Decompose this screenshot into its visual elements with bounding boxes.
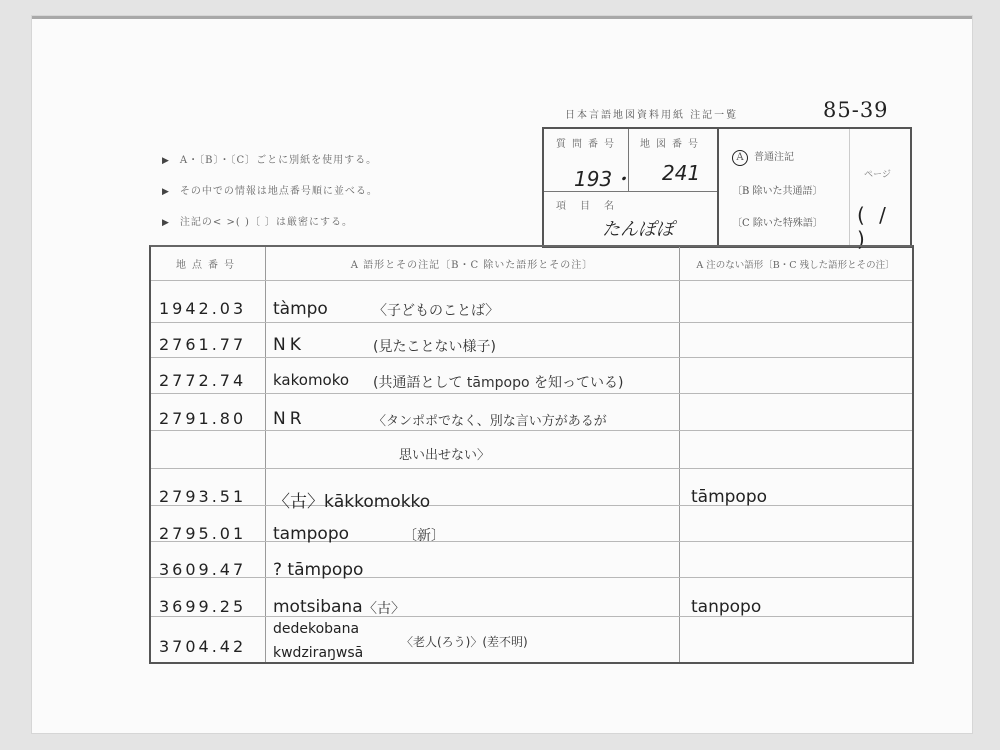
plain-form: tāmpopo (691, 487, 767, 507)
point-number: 3699.25 (159, 597, 246, 616)
instruction-2: ▶その中での情報は地点番号順に並べる。 (162, 182, 378, 197)
header-box: 質問番号 193・ 地図番号 241 項目名 たんぽぽ A普通注記 〔B 除いた… (542, 127, 912, 248)
word-form: 〈古〉kākkomokko (273, 487, 430, 512)
question-number-label: 質問番号 (556, 135, 620, 150)
item-name-value: たんぽぽ (602, 215, 674, 241)
instruction-3: ▶注記の< >( )〔 〕は厳密にする。 (162, 213, 353, 228)
annotation: 〔新〕 (403, 525, 445, 545)
point-number: 2772.74 (159, 371, 246, 390)
triangle-marker-icon: ▶ (162, 187, 170, 197)
point-number: 2793.51 (159, 487, 246, 506)
point-number: 2795.01 (159, 524, 246, 543)
word-form: motsibana (273, 597, 363, 617)
word-form: NR (273, 409, 306, 429)
map-number-label: 地図番号 (640, 135, 704, 150)
column-header-point: 地点番号 (151, 247, 265, 280)
question-number-value: 193・ (574, 163, 632, 192)
annotation: 〈古〉 (363, 598, 405, 618)
instruction-1: ▶A・〔B〕・〔C〕ごとに別紙を使用する。 (162, 151, 377, 166)
word-form: kakomoko (273, 371, 349, 389)
category-b: 〔B 除いた共通語〕 (732, 182, 823, 197)
plain-form: tanpopo (691, 597, 761, 617)
point-number: 1942.03 (159, 299, 246, 318)
annotation: (見たことない様子) (373, 336, 496, 356)
column-header-plain-form: A 注のない語形〔B・C 残した語形とその注〕 (679, 247, 912, 280)
triangle-marker-icon: ▶ (162, 156, 170, 166)
circled-a-mark: A (732, 150, 748, 166)
word-form: tampopo (273, 524, 349, 544)
point-number: 2761.77 (159, 335, 246, 354)
point-number: 3609.47 (159, 560, 246, 579)
sheet-number: 85-39 (823, 98, 889, 122)
map-number-value: 241 (662, 161, 700, 185)
annotation: (共通語として tāmpopo を知っている) (373, 372, 623, 392)
item-name-label: 項目名 (556, 197, 628, 212)
annotation: 〈タンポポでなく、別な言い方があるが (373, 410, 607, 429)
page-label: ページ (864, 167, 891, 180)
triangle-marker-icon: ▶ (162, 218, 170, 228)
annotation-table: 地点番号 A 語形とその注記〔B・C 除いた語形とその注〕 A 注のない語形〔B… (149, 245, 914, 664)
point-number: 2791.80 (159, 409, 246, 428)
category-a: A普通注記 (732, 148, 794, 166)
annotation: 〈子どものことば〉 (373, 300, 499, 320)
word-form: ? tāmpopo (273, 560, 363, 580)
form-title: 日本言語地図資料用紙 注記一覧 (565, 106, 738, 121)
page-value: ( / ) (857, 203, 910, 251)
column-header-form-note: A 語形とその注記〔B・C 除いた語形とその注〕 (265, 247, 679, 280)
word-form: dedekobana (273, 621, 359, 637)
word-form: NK (273, 335, 305, 355)
word-form: tàmpo (273, 299, 328, 319)
point-number: 3704.42 (159, 637, 246, 656)
category-c: 〔C 除いた特殊語〕 (732, 214, 823, 229)
word-form-alt: kwdziraŋwsā (273, 645, 363, 661)
annotation: 〈老人(ろう)〉(差不明) (401, 633, 528, 650)
annotation-continued: 思い出せない〉 (399, 444, 490, 463)
